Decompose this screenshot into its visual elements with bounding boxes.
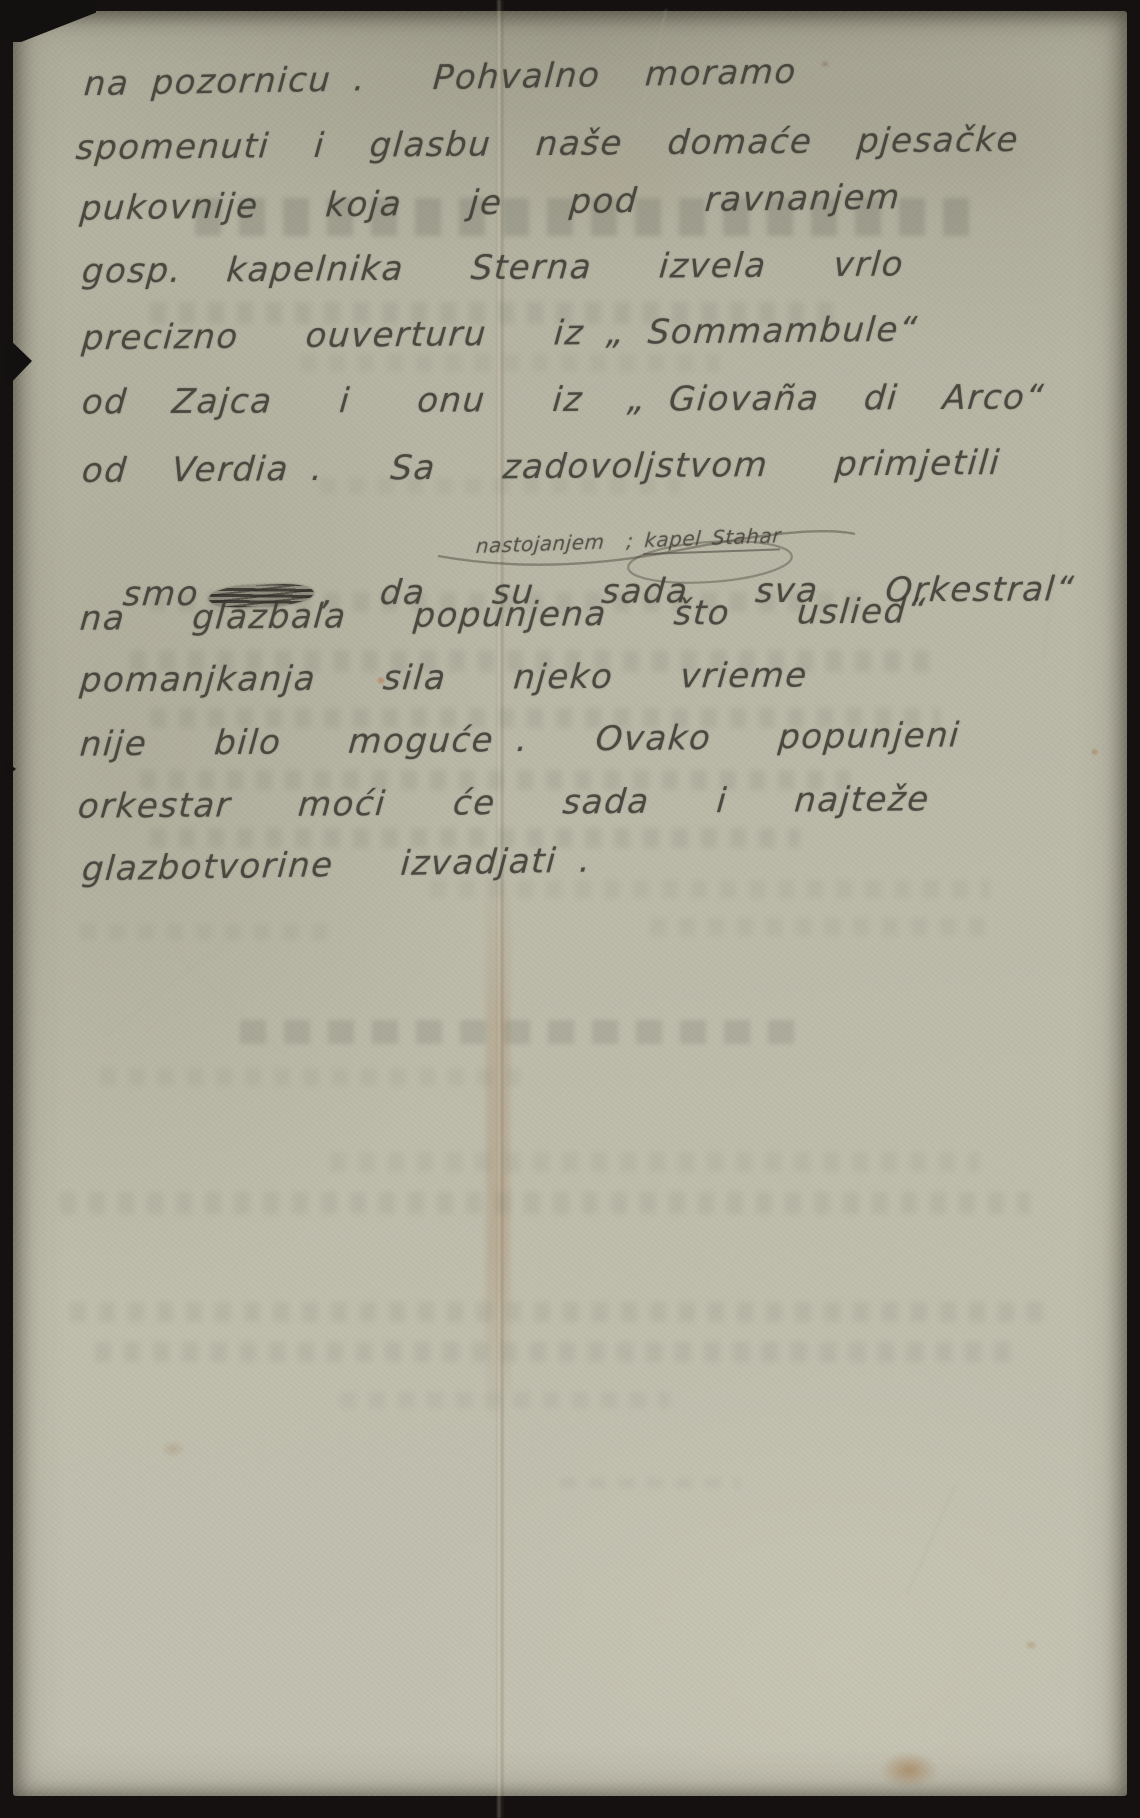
scan-background: { "manuscript": { "lines": [ { "text": "…: [0, 0, 1140, 1818]
handwriting-line: od Zajca i onu iz „ Giovaña di Arco“: [80, 377, 1046, 422]
handwriting-line: spomenuti i glasbu naše domaće pjesačke: [74, 120, 1020, 168]
handwriting-line: na glazbala popunjena što uslied“: [78, 591, 927, 638]
handwriting-line: od Verdia . Sa zadovoljstvom primjetili: [80, 443, 1002, 491]
handwriting-line: orkestar moći će sada i najteže: [76, 779, 931, 826]
handwriting-line: gosp. kapelnika Sterna izvela vrlo: [80, 244, 905, 291]
handwriting-line: pomanjkanja sila njeko vrieme: [78, 655, 809, 700]
fold-crease-discoloration: [486, 860, 510, 1420]
